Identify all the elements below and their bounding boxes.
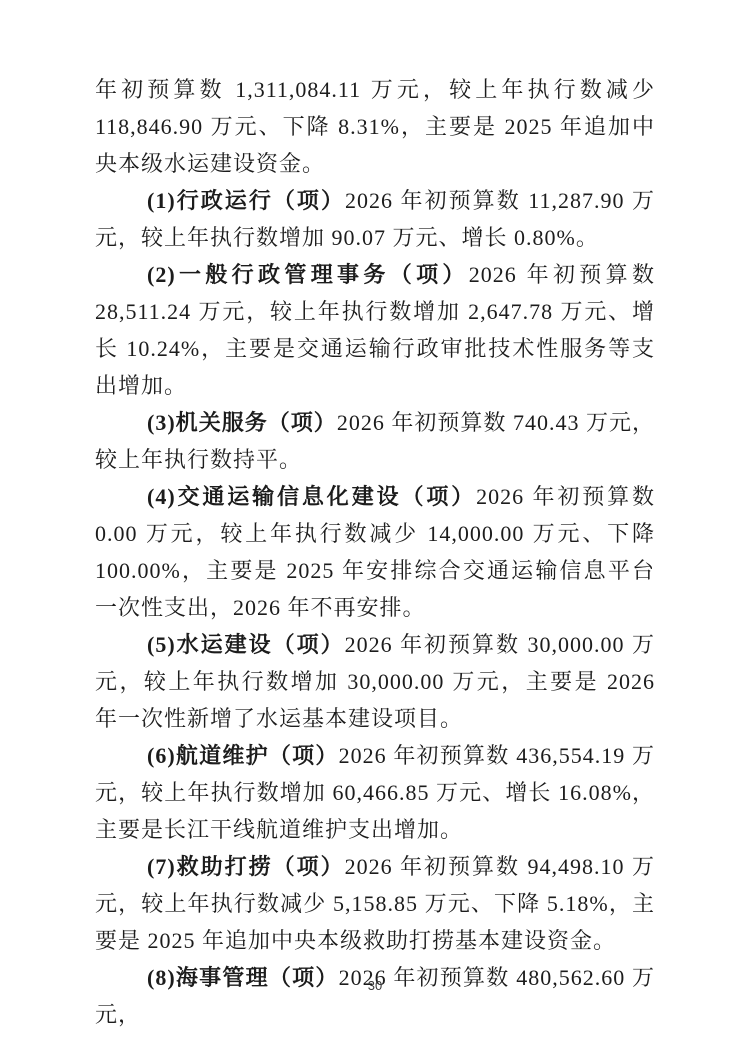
paragraph: (4)交通运输信息化建设（项）2026 年初预算数 0.00 万元，较上年执行数… (95, 478, 655, 626)
document-page: 年初预算数 1,311,084.11 万元，较上年执行数减少 118,846.9… (0, 0, 750, 1060)
paragraph: (1)行政运行（项）2026 年初预算数 11,287.90 万元，较上年执行数… (95, 182, 655, 256)
item-heading: (3)机关服务（项） (147, 410, 337, 435)
paragraph: (8)海事管理（项）2026 年初预算数 480,562.60 万元， (95, 959, 655, 1033)
item-heading: (1)行政运行（项） (147, 188, 345, 213)
paragraph: (7)救助打捞（项）2026 年初预算数 94,498.10 万元，较上年执行数… (95, 848, 655, 959)
item-heading: (2)一般行政管理事务（项） (147, 262, 469, 287)
paragraph-text: 年初预算数 1,311,084.11 万元，较上年执行数减少 118,846.9… (95, 77, 655, 176)
paragraph: (6)航道维护（项）2026 年初预算数 436,554.19 万元，较上年执行… (95, 737, 655, 848)
page-number: 30 (0, 978, 750, 993)
paragraph: (2)一般行政管理事务（项）2026 年初预算数 28,511.24 万元，较上… (95, 256, 655, 404)
document-body: 年初预算数 1,311,084.11 万元，较上年执行数减少 118,846.9… (95, 71, 655, 1033)
item-heading: (4)交通运输信息化建设（项） (147, 484, 476, 509)
paragraph: 年初预算数 1,311,084.11 万元，较上年执行数减少 118,846.9… (95, 71, 655, 182)
item-heading: (7)救助打捞（项） (147, 854, 345, 879)
item-heading: (6)航道维护（项） (147, 743, 339, 768)
item-heading: (5)水运建设（项） (147, 632, 345, 657)
paragraph: (3)机关服务（项）2026 年初预算数 740.43 万元，较上年执行数持平。 (95, 404, 655, 478)
paragraph: (5)水运建设（项）2026 年初预算数 30,000.00 万元，较上年执行数… (95, 626, 655, 737)
